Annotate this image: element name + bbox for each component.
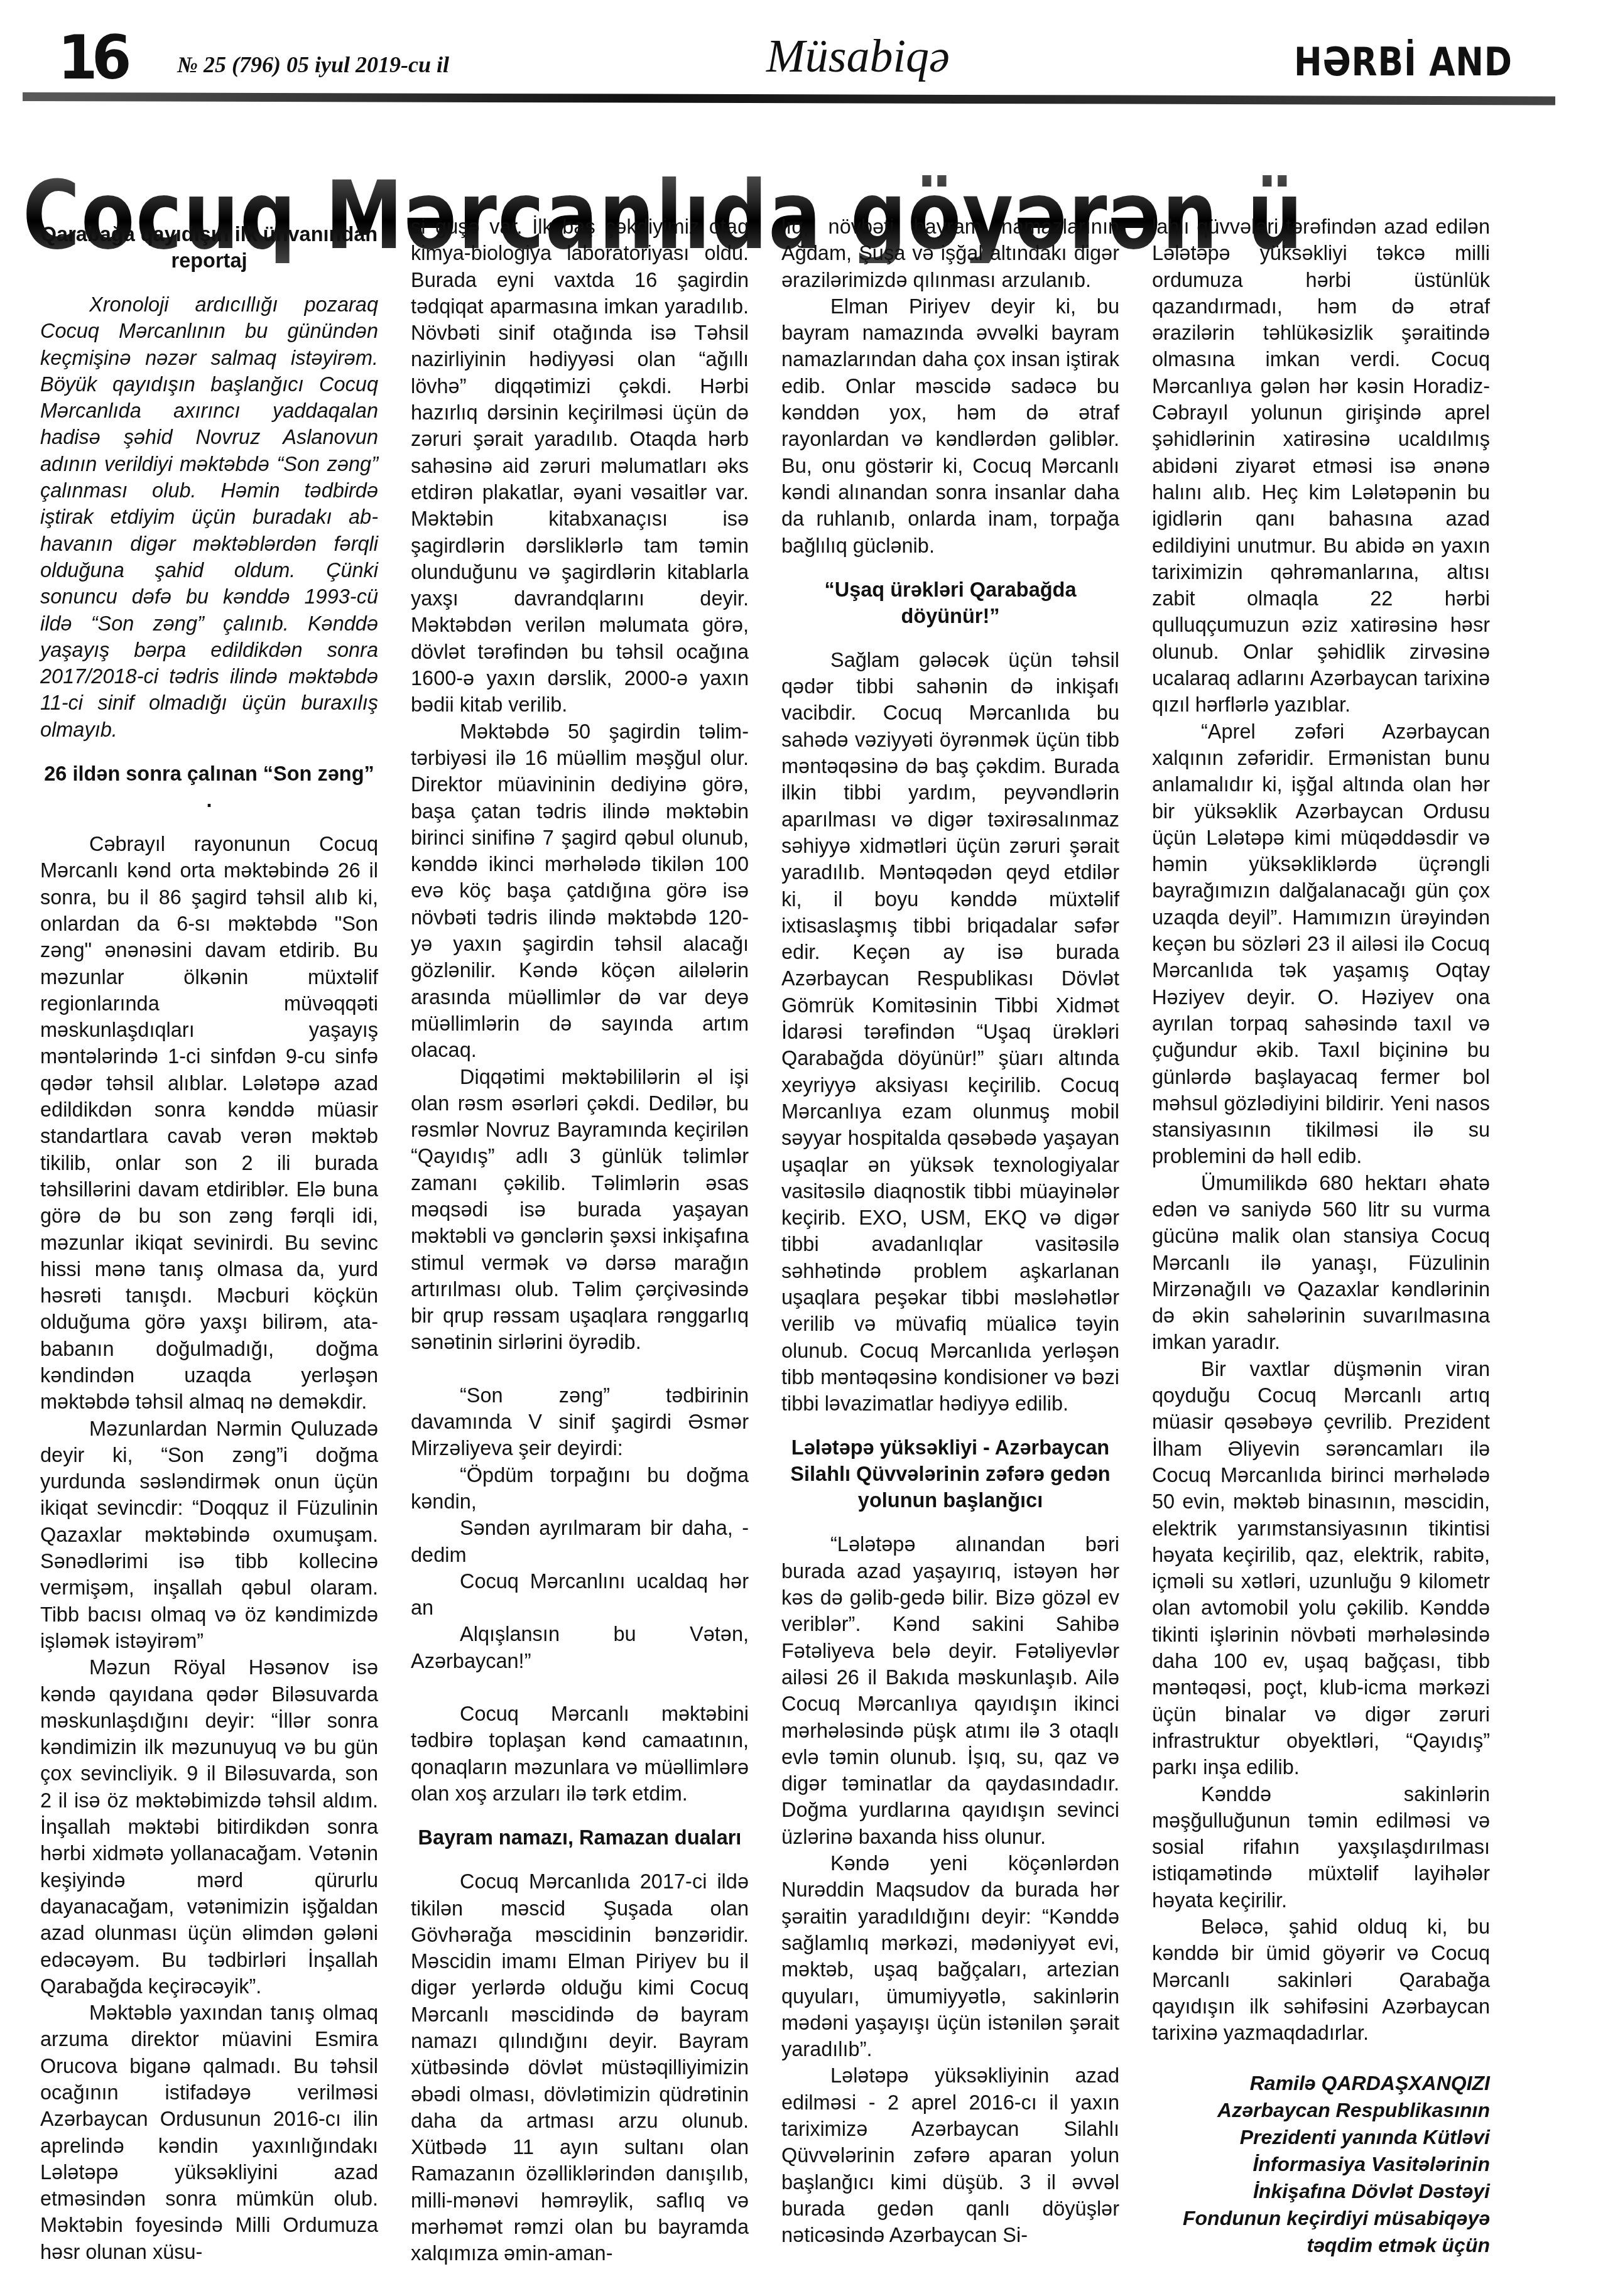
paragraph: Xronoloji ardıcıllığı pozaraq Cocuq Mərc… <box>40 291 378 743</box>
paragraph: Ümumilikdə 680 hektarı əhatə edən və san… <box>1152 1170 1490 1356</box>
column-1: Qarabağa qayıdışın ilk ünvanından report… <box>24 214 394 2280</box>
paragraph: Məktəblə yaxından tanış olmaq arzuma dir… <box>40 2000 378 2265</box>
paragraph: Sağlam gələcək üçün təhsil qədər tibbi s… <box>781 647 1119 1417</box>
section-subheading: Lələtəpə yüksəkliyi - Azərbaycan Silahlı… <box>781 1434 1119 1514</box>
section-subheading: “Uşaq ürəkləri Qarabağda döyünür!” <box>781 577 1119 629</box>
paragraph: Məzunlardan Nərmin Quluzadə deyir ki, “S… <box>40 1416 378 1655</box>
paragraph: “Son zəng” tədbirinin davamında V sinif … <box>411 1382 749 1462</box>
paragraph: Cəbrayıl rayonunun Cocuq Mərcanlı kənd o… <box>40 831 378 1416</box>
author-affiliation-line: Fondunun keçirdiyi müsabiqəyə <box>1152 2205 1490 2232</box>
paragraph: Cocuq Mərcanlıda 2017-ci ildə tikilən mə… <box>411 1868 749 2266</box>
article-body: Qarabağa qayıdışın ilk ünvanından report… <box>24 214 1569 2280</box>
section-subheading: Bayram namazı, Ramazan duaları <box>411 1824 749 1851</box>
paragraph: Cocuq Mərcanlı məktəbini tədbirə toplaşa… <box>411 1701 749 1807</box>
paragraph: Beləcə, şahid olduq ki, bu kənddə bir üm… <box>1152 1914 1490 2046</box>
paragraph: “Lələtəpə alınandan bəri burada azad yaş… <box>781 1531 1119 1850</box>
author-affiliation-line: Azərbaycan Respublikasının <box>1152 2097 1490 2124</box>
paragraph: Lələtəpə yüksəkliyinin azad edilməsi - 2… <box>781 2062 1119 2248</box>
issue-info: № 25 (796) 05 iyul 2019-cu il <box>177 51 449 78</box>
section-title: Müsabiqə <box>766 30 950 84</box>
author-affiliation-line: təqdim etmək üçün <box>1152 2232 1490 2259</box>
paragraph: Alqışlansın bu Vətən, Azərbaycan!” <box>411 1621 749 1674</box>
paragraph: Bir vaxtlar düşmənin viran qoyduğu Cocuq… <box>1152 1356 1490 1781</box>
column-2: si guşə var. İlk baş çəkdiyimiz otaq kim… <box>394 214 765 2280</box>
column-3: lıq, növbəti bayram namazlarının Ağdam, … <box>765 214 1136 2280</box>
masthead: 16 № 25 (796) 05 iyul 2019-cu il Müsabiq… <box>0 0 1603 107</box>
paragraph: “Aprel zəfəri Azərbaycan xalqının zəfəri… <box>1152 718 1490 1170</box>
paragraph: Səndən ayrılmaram bir daha, - dedim <box>411 1515 749 1568</box>
author-affiliation-line: İnformasiya Vasitələrinin <box>1152 2151 1490 2178</box>
paragraph: lahlı qüvvələri tərəfindən azad edilən L… <box>1152 214 1490 718</box>
author-signature: Ramilə QARDAŞXANQIZIAzərbaycan Respublik… <box>1152 2070 1490 2259</box>
paragraph: Diqqətimi məktəbililərin əl işi olan rəs… <box>411 1064 749 1356</box>
paragraph: lıq, növbəti bayram namazlarının Ağdam, … <box>781 214 1119 293</box>
paragraph: Kənddə sakinlərin məşğulluğunun təmin ed… <box>1152 1781 1490 1914</box>
section-subheading: 26 ildən sonra çalınan “Son zəng” . <box>40 761 378 813</box>
paragraph: Məktəbdə 50 şagirdin təlim-tərbiyəsi ilə… <box>411 718 749 1064</box>
paragraph: Elman Piriyev deyir ki, bu bayram namazı… <box>781 293 1119 559</box>
paragraph: Məzun Röyal Həsənov isə kəndə qayıdana q… <box>40 1654 378 2000</box>
author-affiliation-line: İnkişafına Dövlət Dəstəyi <box>1152 2178 1490 2205</box>
page-number: 16 <box>58 23 126 93</box>
column-4: lahlı qüvvələri tərəfindən azad edilən L… <box>1136 214 1506 2280</box>
paragraph: “Öpdüm torpağını bu doğma kəndin, <box>411 1462 749 1515</box>
paragraph: si guşə var. İlk baş çəkdiyimiz otaq kim… <box>411 214 749 718</box>
section-subheading: Qarabağa qayıdışın ilk ünvanından report… <box>40 221 378 274</box>
header-rule <box>23 92 1555 105</box>
paragraph: Kəndə yeni köçənlərdən Nurəddin Maqsudov… <box>781 1850 1119 2062</box>
newspaper-brand: HƏRBİ AND <box>1294 39 1513 85</box>
author-name: Ramilə QARDAŞXANQIZI <box>1152 2070 1490 2097</box>
author-affiliation-line: Prezidenti yanında Kütləvi <box>1152 2124 1490 2151</box>
paragraph: Cocuq Mərcanlını ucaldaq hər an <box>411 1568 749 1622</box>
